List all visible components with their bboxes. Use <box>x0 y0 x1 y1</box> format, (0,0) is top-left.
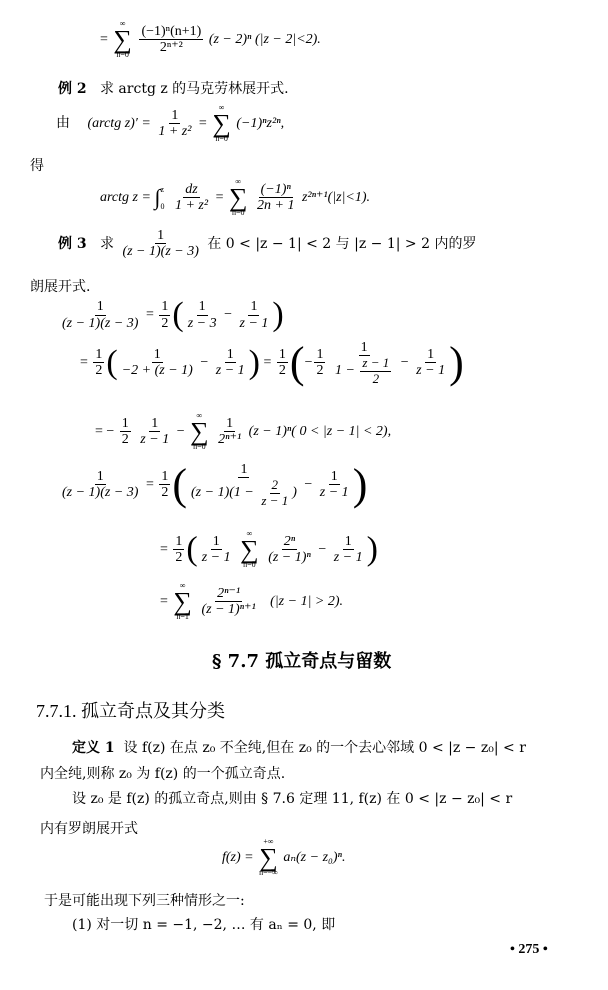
paragraph-2: 于是可能出现下列三种情形之一: <box>44 890 245 910</box>
de-text: 得 <box>30 155 44 175</box>
subsection-title: 7.7.1. 孤立奇点及其分类 <box>36 697 225 723</box>
equation-7: 1(z − 1)(z − 3) = 12(1(z − 1)(1 − 2z − 1… <box>58 462 367 508</box>
example-3-heading: 例 3 求 1(z − 1)(z − 3) 在 0 < |z − 1| < 2 … <box>58 228 476 260</box>
equation-1: = ∞∑n=0 (−1)ⁿ(n+1)2ⁿ⁺² (z − 2)ⁿ (|z − 2|… <box>100 20 321 59</box>
definition-1: 定义 1 设 f(z) 在点 z₀ 不全纯,但在 z₀ 的一个去心邻域 0 < … <box>72 737 526 757</box>
equation-10: f(z) = +∞∑n=−∞ aₙ(z − z₀)ⁿ. <box>222 838 345 877</box>
equation-9: = ∞∑n=1 2ⁿ⁻¹(z − 1)ⁿ⁺¹ (|z − 1| > 2). <box>160 582 343 621</box>
page-number: • 275 • <box>510 942 548 958</box>
paragraph-1: 设 z₀ 是 f(z) 的孤立奇点,则由 § 7.6 定理 11, f(z) 在… <box>72 788 512 808</box>
equation-2: 由 (arctg z)′ = 11 + z² = ∞∑n=0 (−1)ⁿz²ⁿ, <box>56 104 284 143</box>
definition-1-continued: 内全纯,则称 z₀ 为 f(z) 的一个孤立奇点. <box>40 763 285 783</box>
equation-6: = − 12 1z − 1 − ∞∑n=0 12ⁿ⁺¹ (z − 1)ⁿ( 0 … <box>95 412 391 451</box>
section-title: § 7.7 孤立奇点与留数 <box>212 647 391 673</box>
equation-4: 1(z − 1)(z − 3) = 12(1z − 3 − 1z − 1) <box>58 298 284 332</box>
paragraph-1-continued: 内有罗朗展开式 <box>40 818 138 838</box>
example-3-continued: 朗展开式. <box>30 276 90 296</box>
example-2-heading: 例 2 求 arctg z 的马克劳林展开式. <box>58 78 289 98</box>
equation-8: = 12(1z − 1 ∞∑n=0 2ⁿ(z − 1)ⁿ − 1z − 1) <box>160 530 378 569</box>
fraction: (−1)ⁿ(n+1)2ⁿ⁺² <box>139 24 203 56</box>
case-1: (1) 对一切 n = −1, −2, … 有 aₙ = 0, 即 <box>72 914 335 934</box>
equation-5: = 12(1−2 + (z − 1) − 1z − 1) = 12(−12 11… <box>80 340 464 386</box>
equation-3: arctg z = ∫z0 dz1 + z² = ∞∑n=0 (−1)ⁿ2n +… <box>100 178 370 217</box>
summation: ∞∑n=0 <box>113 20 132 59</box>
